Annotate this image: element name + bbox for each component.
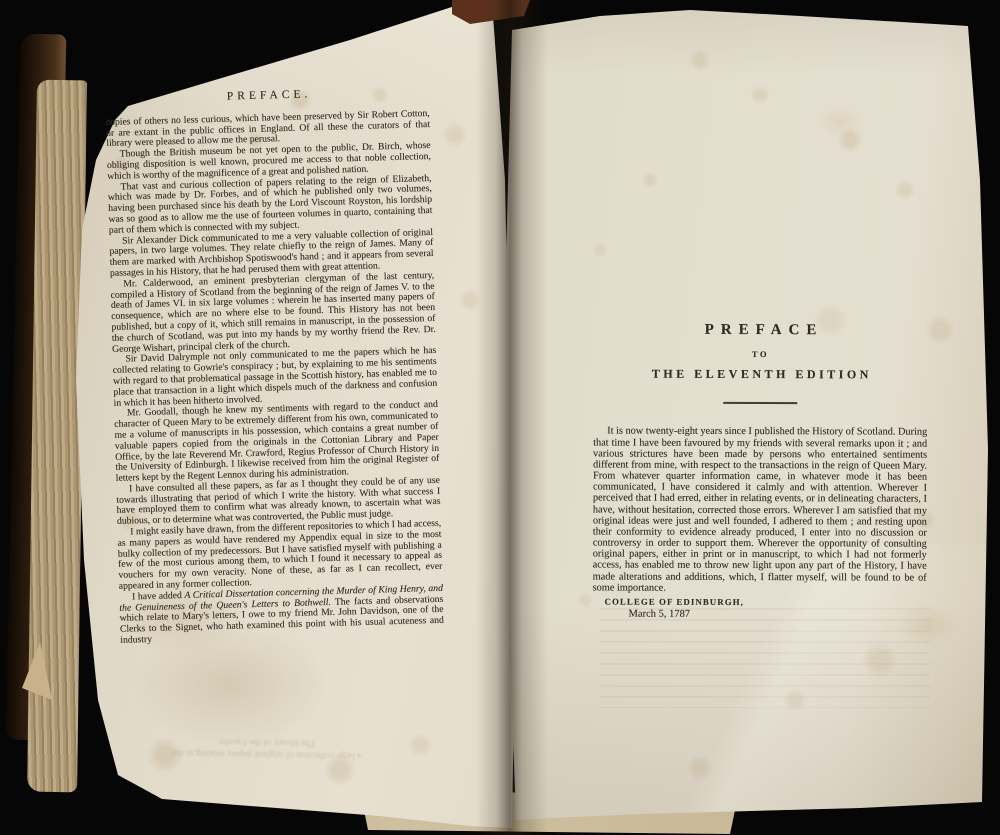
preface-subtitle-to: TO bbox=[593, 349, 927, 361]
page-number: v bbox=[108, 116, 113, 127]
left-page-text: PREFACE. v copies of others no less curi… bbox=[105, 86, 444, 647]
ornamental-rule bbox=[723, 402, 797, 404]
paragraph: Mr. Calderwood, an eminent presbyterian … bbox=[110, 271, 436, 356]
paragraph: That vast and curious collection of pape… bbox=[107, 173, 432, 236]
paragraph: Mr. Goodall, though he knew my sentiment… bbox=[114, 400, 440, 485]
preface-subtitle-edition: THE ELEVENTH EDITION bbox=[593, 369, 927, 381]
signature-place: COLLEGE OF EDINBURGH, bbox=[605, 596, 927, 608]
preface-paragraph: It is now twenty-eight years since I pub… bbox=[593, 426, 928, 595]
signature-date: March 5, 1787 bbox=[628, 609, 926, 621]
paragraph-with-italic-title: I have added A Critical Dissertation con… bbox=[119, 584, 444, 647]
open-book-photo: PREFACE. v copies of others no less curi… bbox=[0, 0, 1000, 835]
paragraph: I might easily have drawn, from the diff… bbox=[117, 519, 443, 593]
preface-title: PREFACE bbox=[593, 324, 927, 336]
running-head: PREFACE. bbox=[105, 86, 429, 106]
right-page-text: PREFACE TO THE ELEVENTH EDITION It is no… bbox=[592, 324, 927, 620]
